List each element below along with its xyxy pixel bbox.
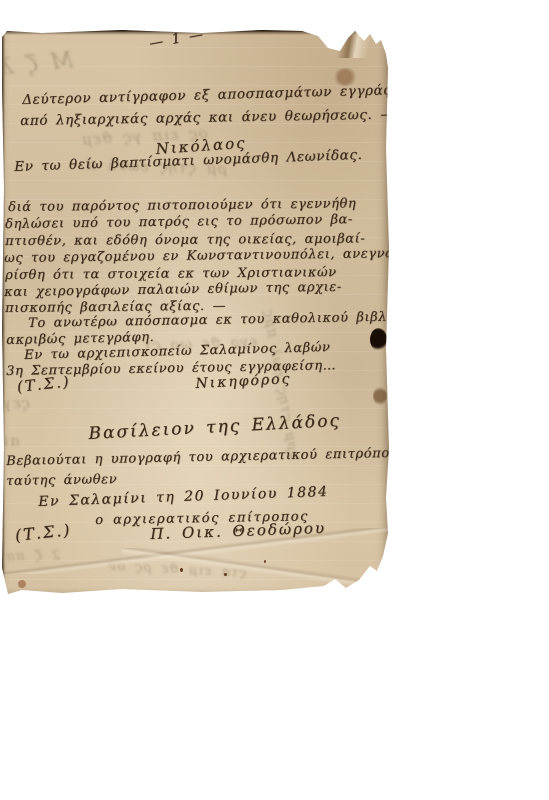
torn-corner-shadow [314, 28, 390, 58]
scanned-document-page: Μ ζ λ Ης ος ειπ γς ϑεμ ρμ ςτης εωνλ π ςε… [2, 28, 389, 596]
rust-spot [18, 580, 26, 588]
ink-blot [370, 328, 387, 351]
brown-stain [373, 386, 387, 406]
speck [224, 573, 227, 576]
corner-stain [332, 68, 358, 86]
speck [114, 613, 118, 617]
bleedthrough-line: 2 ζ ππ ςτ [0, 548, 61, 566]
attestation-line: ταύτης άνωθεν [6, 472, 117, 489]
speck [264, 560, 266, 563]
speck [180, 568, 183, 572]
